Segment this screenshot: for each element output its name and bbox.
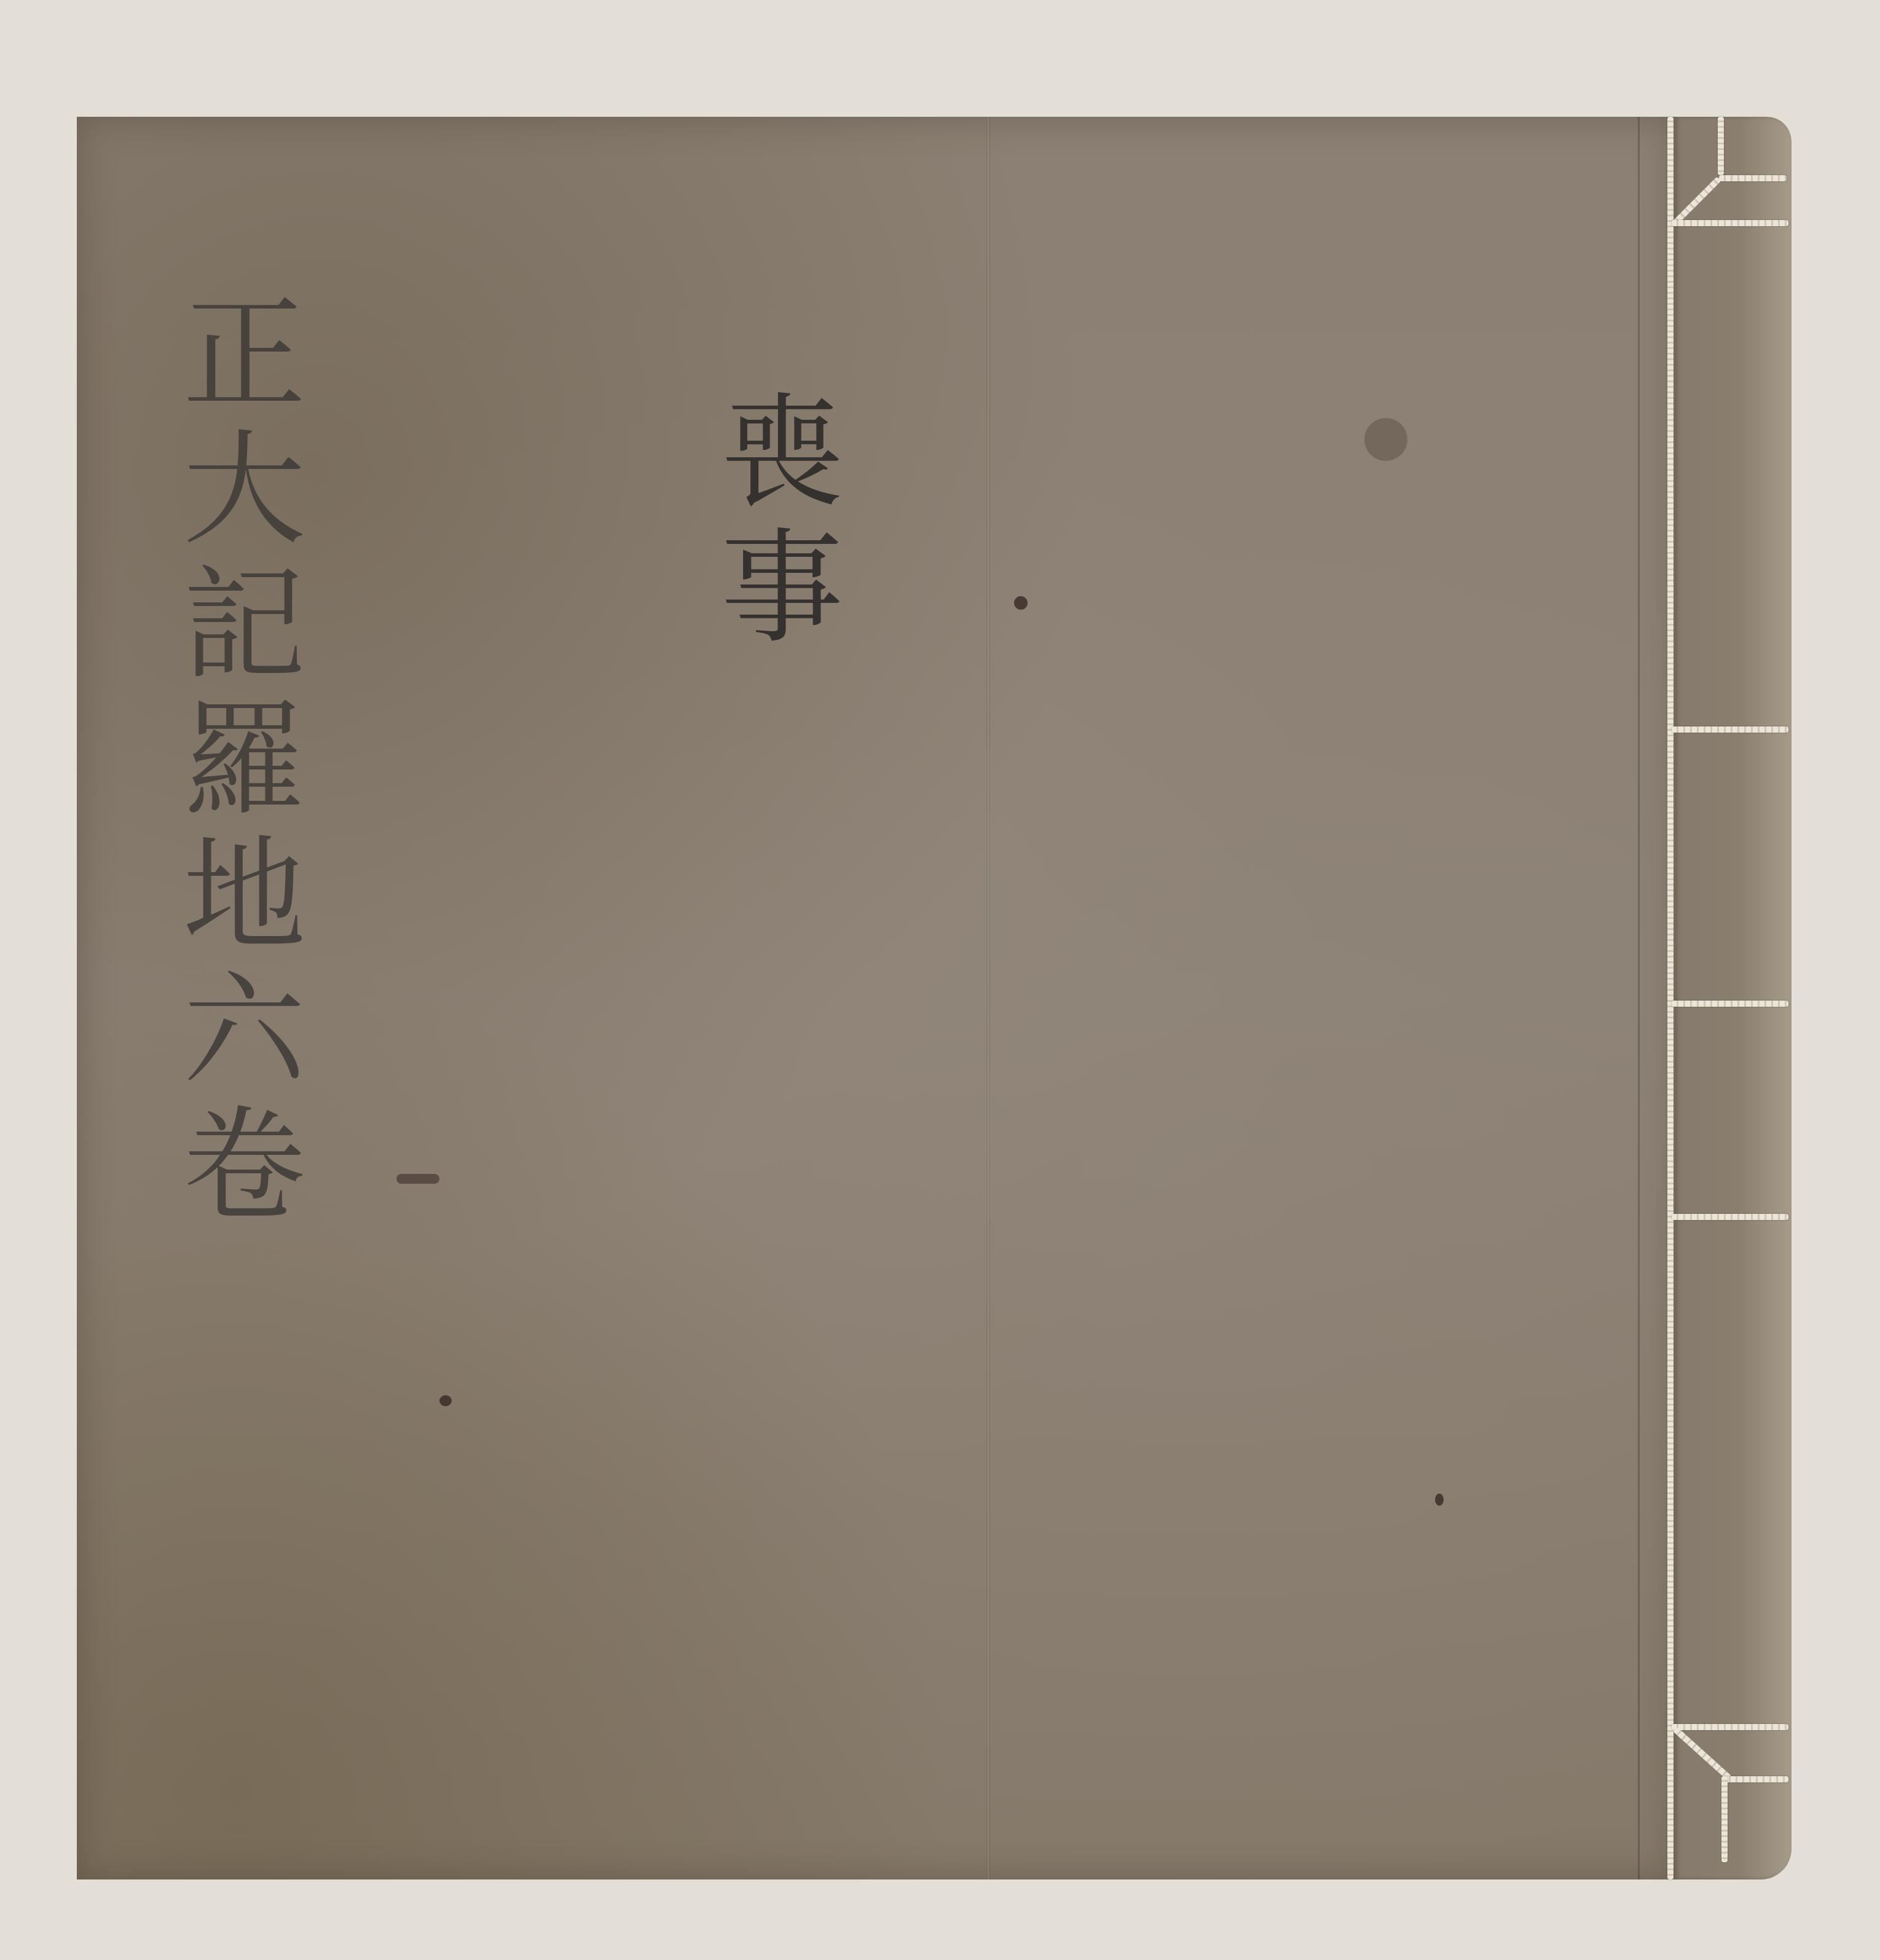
ink-smudge [396,1174,439,1184]
ink-stain [1435,1494,1444,1506]
ink-stain [1014,596,1028,610]
spine-fold-line [1638,117,1640,1879]
binding-thread-tie [1672,1724,1788,1730]
binding-thread-tie [1672,220,1788,226]
book: 正大記羅地六卷 喪事 [77,117,1792,1879]
binding-thread-tie [1724,1776,1788,1782]
binding-thread-tie [1672,726,1788,733]
ink-stain [439,1395,452,1406]
cover-label: 喪事 [698,387,845,658]
binding-thread-tie [1719,175,1787,181]
book-cover: 正大記羅地六卷 喪事 [77,117,1675,1879]
binding-thread-vertical [1667,117,1674,1879]
ink-smudge [1364,418,1407,461]
binding-thread-top [1718,117,1724,175]
book-title-vertical: 正大記羅地六卷 [151,289,317,1235]
binding-thread-bottom [1721,1776,1728,1862]
binding-thread-tie [1672,1001,1788,1007]
cover-crease [986,117,990,1879]
page-edges [1675,117,1792,1879]
binding-thread-tie [1672,1214,1788,1220]
